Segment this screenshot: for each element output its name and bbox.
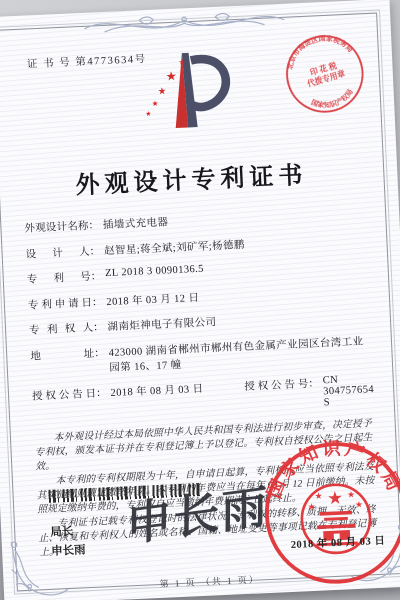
svg-text:★: ★ xyxy=(327,488,344,509)
field-filing-date: 专利申请日： 2018 年 03 月 12 日 xyxy=(28,282,366,312)
certificate-content: 证 书 号 第4773634号 ★ ★ ★ ★ ★ 北京 xyxy=(0,13,400,592)
svg-text:★: ★ xyxy=(178,57,185,66)
certificate-fields: 外观设计名称： 插墙式充电器 设计人： 赵智星;蒋全斌;刘矿军;杨德鹏 专利号：… xyxy=(24,205,371,421)
field-label: 专利号 xyxy=(26,269,91,287)
field-value: 423000 湖南省郴州市郴州有色金属产业园区台湾工业园第 16、17 幢 xyxy=(108,333,369,375)
svg-text:★: ★ xyxy=(165,69,177,83)
svg-text:★: ★ xyxy=(145,110,151,118)
field-value: 插墙式充电器 xyxy=(103,205,363,232)
field-label: 授权公告号 xyxy=(244,376,309,394)
field-colon: ： xyxy=(89,243,100,258)
svg-text:★: ★ xyxy=(355,499,363,509)
grant-date: 2018 年 08 月 03 日 xyxy=(110,379,237,400)
field-label: 授权公告日 xyxy=(32,386,97,404)
tax-stamp-ring-top: 北京市海淀区国家税务局 xyxy=(278,25,355,72)
field-designers: 设计人： 赵智星;蒋全斌;刘矿军;杨德鹏 xyxy=(25,231,363,261)
page-footer: 第 1 页 （共 1 页） xyxy=(17,566,400,596)
field-colon: ： xyxy=(88,217,99,232)
field-colon: ： xyxy=(308,376,319,391)
field-value: 2018 年 03 月 12 日 xyxy=(106,282,366,309)
field-label: 外观设计名称 xyxy=(24,218,89,236)
field-value: 赵智星;蒋全斌;刘矿军;杨德鹏 xyxy=(104,231,364,258)
field-label: 专利权人 xyxy=(29,320,94,338)
certificate-title: 外观设计专利证书 xyxy=(22,152,361,202)
field-label: 设计人 xyxy=(25,243,90,261)
field-value: ZL 2018 3 0090136.5 xyxy=(105,256,365,279)
field-label: 专利申请日 xyxy=(28,294,93,312)
field-label: 地址 xyxy=(30,345,95,363)
field-patentee: 专利权人： 湖南炬神电子有限公司 xyxy=(29,307,367,337)
field-colon: ： xyxy=(96,385,107,400)
patent-office-logo-icon: ★ ★ ★ ★ ★ xyxy=(130,45,244,136)
field-patent-number: 专利号： ZL 2018 3 0090136.5 xyxy=(26,256,364,286)
field-design-name: 外观设计名称： 插墙式充电器 xyxy=(24,205,362,235)
svg-text:★: ★ xyxy=(151,99,158,108)
svg-text:北京市海淀区国家税务局: 北京市海淀区国家税务局 xyxy=(278,25,355,72)
field-value: 湖南炬神电子有限公司 xyxy=(107,307,367,334)
svg-text:★: ★ xyxy=(158,86,167,97)
svg-text:★: ★ xyxy=(314,491,322,501)
director-label: 局长 xyxy=(50,522,85,543)
grant-number: CN 304757654 S xyxy=(322,373,374,408)
certificate-photo: 证 书 号 第4773634号 ★ ★ ★ ★ ★ 北京 xyxy=(0,0,400,600)
field-colon: ： xyxy=(92,294,103,309)
svg-text:★: ★ xyxy=(347,489,355,499)
field-address: 地址： 423000 湖南省郴州市郴州有色金属产业园区台湾工业园第 16、17 … xyxy=(30,333,369,378)
field-colon: ： xyxy=(93,319,104,334)
field-colon: ： xyxy=(94,345,105,360)
field-colon: ： xyxy=(90,268,101,283)
director-name: 申长雨 xyxy=(51,541,86,562)
stamp-tax-seal: 北京市海淀区国家税务局 国家知识产权局 印 花 税 代拨专用章 xyxy=(274,23,376,125)
svg-text:★: ★ xyxy=(308,501,316,511)
certificate-paper: 证 书 号 第4773634号 ★ ★ ★ ★ ★ 北京 xyxy=(0,0,400,600)
field-grant-row: 授权公告日： 2018 年 08 月 03 日 授权公告号： CN 304757… xyxy=(32,373,371,421)
director-block: 局长 申长雨 xyxy=(50,522,86,562)
